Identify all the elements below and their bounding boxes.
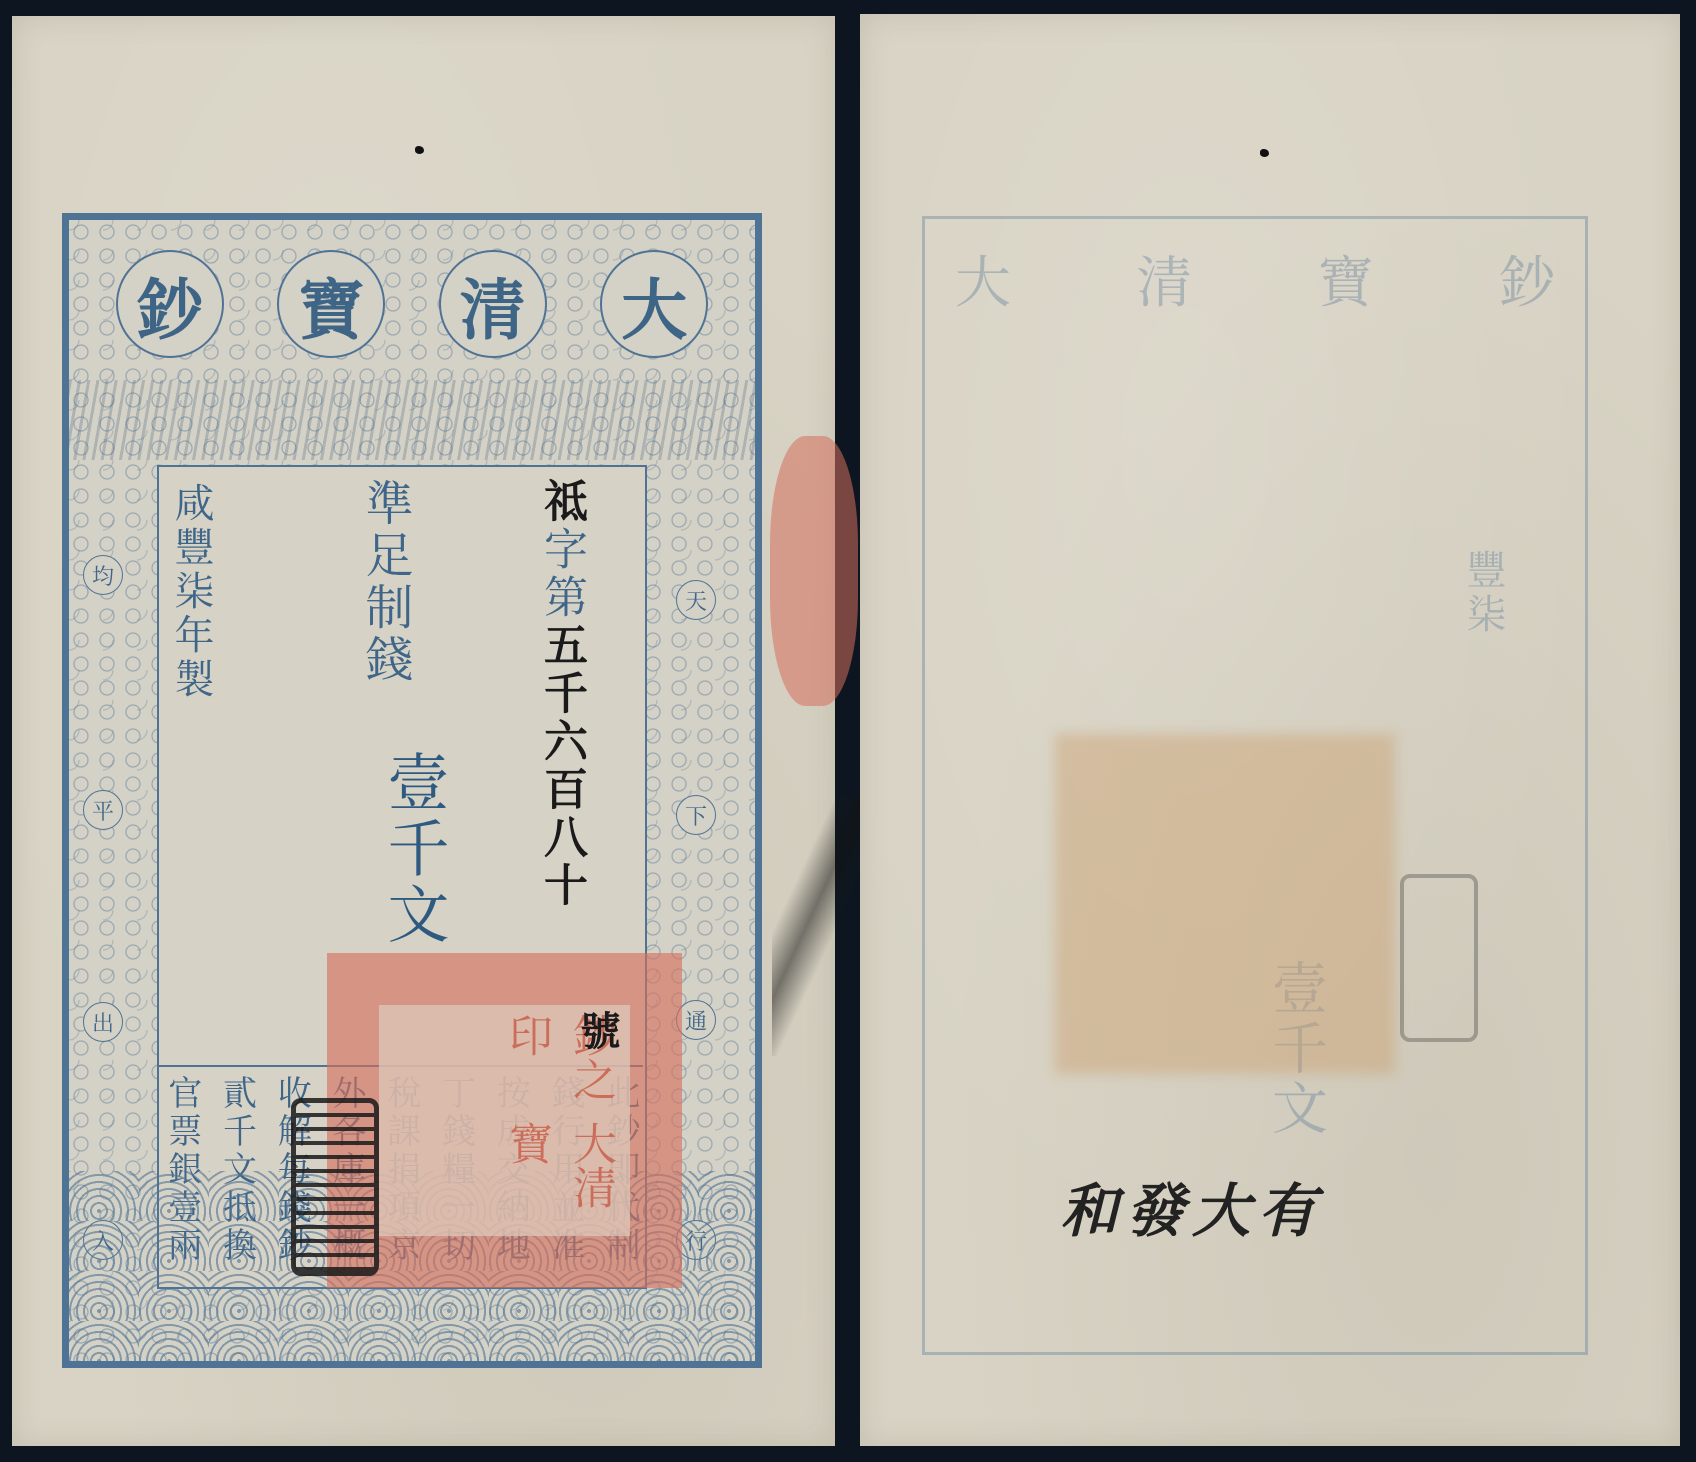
seal-stain: [1055, 734, 1395, 1074]
border-char-left: 均: [83, 555, 123, 595]
reign-date: 咸豐柒年製: [163, 482, 220, 702]
title-row: 大 清 寶 鈔: [69, 250, 755, 360]
denomination-heading: 準足制錢: [351, 478, 420, 686]
handwritten-endorsement: 和發大有: [1060, 1164, 1324, 1248]
ghost-title: 大 清 寶 鈔: [955, 239, 1555, 319]
pin-hole: [1260, 149, 1269, 157]
brush-mark: [772, 796, 862, 1056]
seal-text: 大清寶: [387, 1121, 622, 1229]
ghost-text: 豐柒: [1455, 549, 1512, 637]
border-char-left: 平: [83, 790, 123, 830]
pin-hole: [415, 146, 424, 154]
border-char-right: 下: [676, 795, 716, 835]
serial-value: 五千六百八十: [536, 622, 587, 910]
title-char: 寶: [277, 250, 385, 358]
red-official-seal: 大清寶 鈔之印: [327, 953, 682, 1288]
ghost-black-seal: [1400, 874, 1478, 1042]
red-side-seal: [770, 436, 858, 706]
ghost-char: 大: [955, 239, 1011, 319]
banknote-back: 大 清 寶 鈔 豐柒 壹千文 和發大有: [860, 14, 1680, 1446]
title-char: 鈔: [116, 250, 224, 358]
ghost-char: 寶: [1318, 239, 1374, 319]
denomination: 壹千文: [369, 750, 458, 948]
serial-suffix: 號: [569, 1010, 626, 1054]
serial-label: 字第: [536, 526, 587, 622]
border-char-right: 通: [676, 1000, 716, 1040]
title-char: 大: [600, 250, 708, 358]
serial-number: 祗字第五千六百八十: [539, 478, 583, 910]
border-char-left: 出: [83, 1002, 123, 1042]
banknote-front: 大 清 寶 鈔 均 平 出 入 天 下 通 行 咸豐柒年製 準足制錢 大清寶 鈔…: [12, 16, 835, 1446]
border-char-right: 天: [676, 580, 716, 620]
dragon-band: [69, 380, 755, 460]
ornamental-frame: 大 清 寶 鈔 均 平 出 入 天 下 通 行 咸豐柒年製 準足制錢 大清寶 鈔…: [62, 213, 762, 1368]
title-char: 清: [439, 250, 547, 358]
ghost-char: 鈔: [1499, 239, 1555, 319]
black-seal: [291, 1098, 379, 1276]
ghost-char: 清: [1136, 239, 1192, 319]
serial-prefix: 祗: [536, 478, 587, 526]
